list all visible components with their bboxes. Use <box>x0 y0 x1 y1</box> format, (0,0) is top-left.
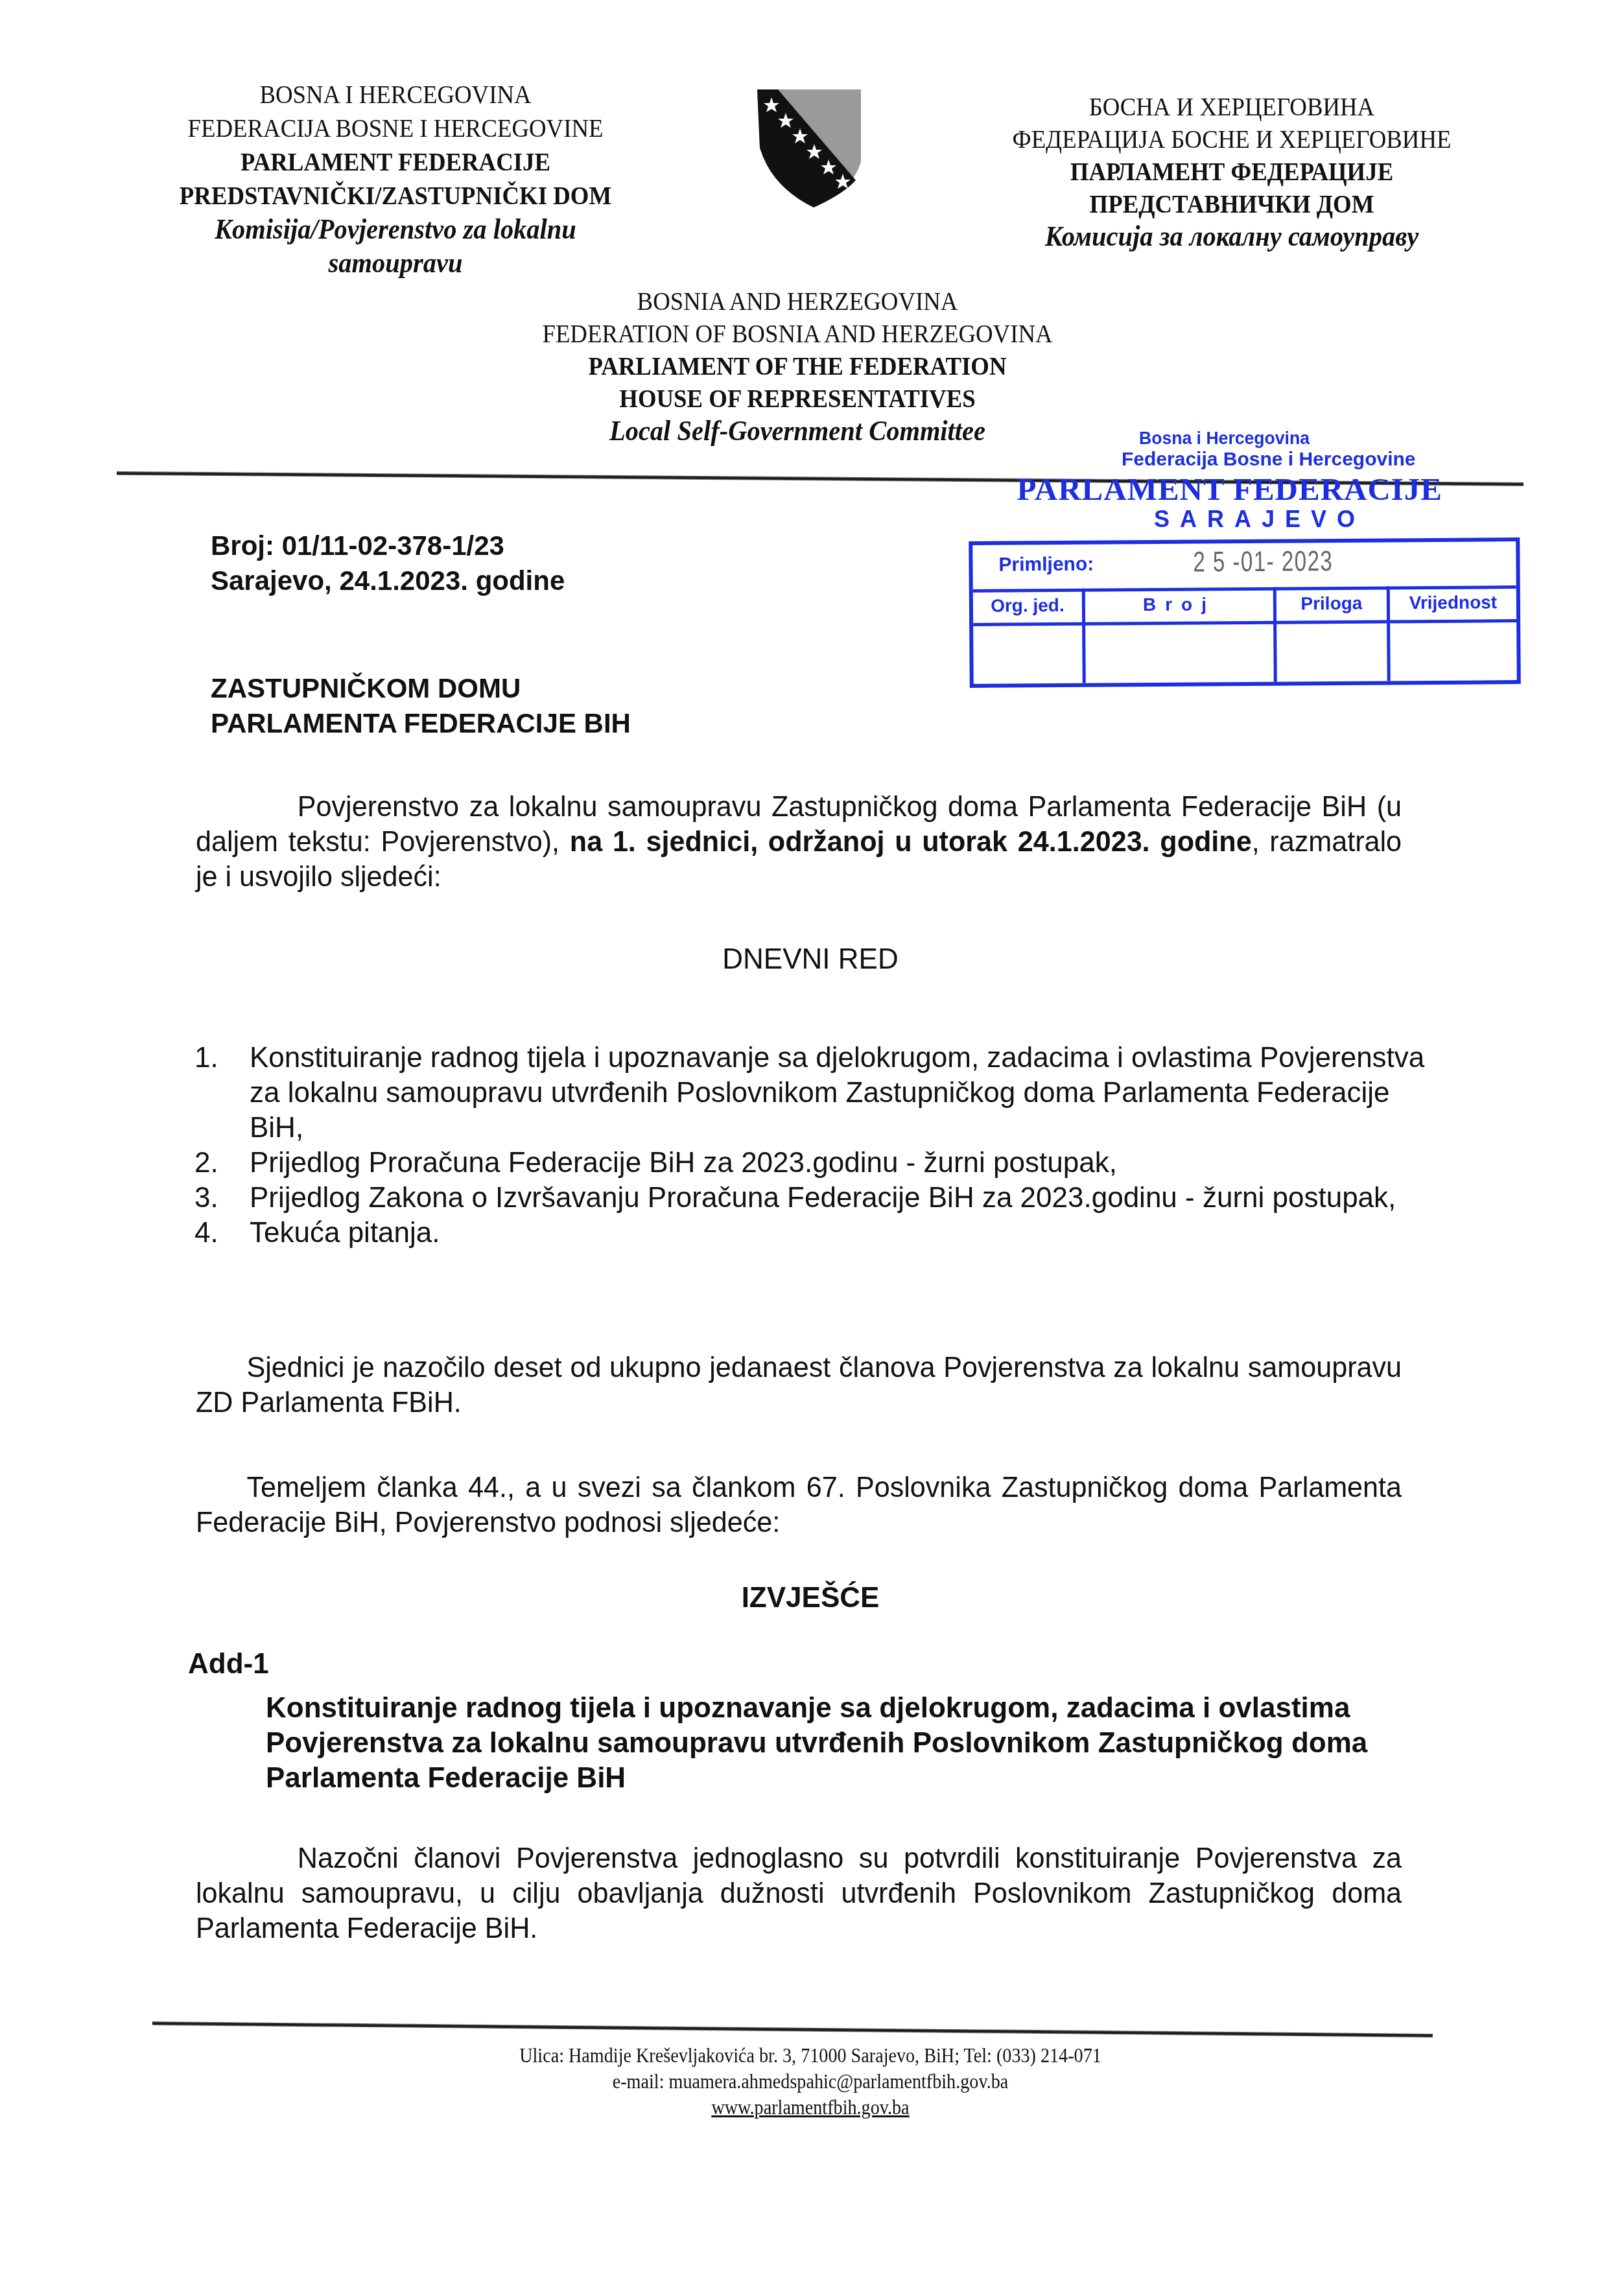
stamp-column-header: Org. jed. <box>973 589 1082 626</box>
intro-paragraph: Povjerenstvo za lokalnu samoupravu Zastu… <box>196 790 1402 895</box>
agenda-list: 1.Konstituiranje radnog tijela i upoznav… <box>194 1041 1426 1251</box>
stamp-box: Primljeno: 2 5 -01- 2023 Org. jed. Broj … <box>969 537 1521 688</box>
stamp-column: Broj <box>1085 587 1277 683</box>
stamp-column-header: Priloga <box>1277 586 1387 624</box>
footer-email[interactable]: e-mail: muamera.ahmedspahic@parlamentfbi… <box>354 2068 1267 2094</box>
stamp-received-date: 2 5 -01- 2023 <box>1193 545 1333 579</box>
letterhead-bosnian: BOSNA I HERCEGOVINA FEDERACIJA BOSNE I H… <box>169 78 622 280</box>
agenda-number: 4. <box>194 1216 218 1251</box>
stamp-column-header: Broj <box>1085 587 1273 626</box>
stamp-line: Federacija Bosne i Hercegovine <box>1122 449 1416 471</box>
footer: Ulica: Hamdije Kreševljakovića br. 3, 71… <box>354 2042 1267 2120</box>
stamp-received-label: Primljeno: <box>998 554 1094 576</box>
attendance-paragraph: Sjednici je nazočilo deset od ukupno jed… <box>196 1350 1402 1420</box>
letterhead-committee: Komisija/Povjerenstvo za lokalnu <box>169 213 622 246</box>
letterhead-line: PREDSTAVNIČKI/ZASTUPNIČKI DOM <box>169 179 622 213</box>
agenda-number: 1. <box>194 1041 218 1076</box>
stamp-column: Priloga <box>1277 586 1391 681</box>
letterhead-line: БОСНА И ХЕРЦЕГОВИНА <box>993 91 1470 123</box>
agenda-item: 2.Prijedlog Proračuna Federacije BiH za … <box>194 1146 1426 1181</box>
letterhead-committee: samoupravu <box>169 246 622 280</box>
letterhead-line: BOSNIA AND HERZEGOVINA <box>505 285 1090 318</box>
footer-website-link[interactable]: www.parlamentfbih.gov.ba <box>354 2094 1267 2120</box>
letterhead-line: PARLIAMENT OF THE FEDERATION <box>505 350 1090 383</box>
stamp-line: PARLAMENT FEDERACIJE <box>1017 472 1442 508</box>
letterhead-line: ФЕДЕРАЦИЈА БОСНЕ И ХЕРЦЕГОВИНЕ <box>993 123 1470 156</box>
document-reference: Broj: 01/11-02-378-1/23 Sarajevo, 24.1.2… <box>211 528 565 598</box>
reference-number: Broj: 01/11-02-378-1/23 <box>211 528 565 563</box>
letterhead-line: BOSNA I HERCEGOVINA <box>169 78 622 112</box>
agenda-text: Tekuća pitanja. <box>250 1217 440 1249</box>
addressee-line: PARLAMENTA FEDERACIJE BIH <box>211 706 631 741</box>
stamp-city: SARAJEVO <box>1154 506 1365 533</box>
attendance-text: Sjednici je nazočilo deset od ukupno jed… <box>196 1352 1402 1418</box>
agenda-text: Konstituiranje radnog tijela i upoznavan… <box>250 1042 1424 1144</box>
agenda-text: Prijedlog Zakona o Izvršavanju Proračuna… <box>250 1182 1396 1214</box>
agenda-item: 4.Tekuća pitanja. <box>194 1216 1426 1251</box>
stamp-line: Bosna i Hercegovina <box>1139 428 1310 449</box>
agenda-title: DNEVNI RED <box>194 943 1426 976</box>
letterhead-english: BOSNIA AND HERZEGOVINA FEDERATION OF BOS… <box>505 285 1090 447</box>
basis-paragraph: Temeljem članka 44., a u svezi sa članko… <box>196 1470 1402 1540</box>
agenda-text: Prijedlog Proračuna Federacije BiH za 20… <box>250 1147 1117 1179</box>
letterhead-committee: Комисија за локалну самоуправу <box>993 220 1470 253</box>
reference-place-date: Sarajevo, 24.1.2023. godine <box>211 563 565 598</box>
stamp-received-row: Primljeno: 2 5 -01- 2023 <box>972 541 1516 593</box>
letterhead-line: ПАРЛАМЕНТ ФЕДЕРАЦИЈЕ <box>993 156 1470 188</box>
footer-address: Ulica: Hamdije Kreševljakovića br. 3, 71… <box>354 2042 1267 2068</box>
agenda-item: 3.Prijedlog Zakona o Izvršavanju Proraču… <box>194 1181 1426 1216</box>
addressee: ZASTUPNIČKOM DOMU PARLAMENTA FEDERACIJE … <box>211 671 631 741</box>
agenda-number: 2. <box>194 1146 218 1181</box>
letterhead-line: PARLAMENT FEDERACIJE <box>169 145 622 179</box>
stamp-column: Vrijednost <box>1390 585 1517 681</box>
letterhead-line: FEDERATION OF BOSNIA AND HERZEGOVINA <box>505 318 1090 350</box>
agenda-item: 1.Konstituiranje radnog tijela i upoznav… <box>194 1041 1426 1146</box>
add1-paragraph: Nazočni članovi Povjerenstva jednoglasno… <box>196 1841 1402 1946</box>
coat-of-arms-icon <box>752 83 865 213</box>
report-title: IZVJEŠĆE <box>194 1582 1426 1614</box>
basis-text: Temeljem članka 44., a u svezi sa članko… <box>196 1472 1402 1538</box>
letterhead-line: FEDERACIJA BOSNE I HERCEGOVINE <box>169 112 622 145</box>
letterhead-line: HOUSE OF REPRESENTATIVES <box>505 383 1090 415</box>
add1-text: Nazočni članovi Povjerenstva jednoglasno… <box>196 1842 1402 1944</box>
stamp-column-header: Vrijednost <box>1390 585 1516 623</box>
addressee-line: ZASTUPNIČKOM DOMU <box>211 671 631 706</box>
footer-divider <box>152 2021 1433 2038</box>
agenda-number: 3. <box>194 1181 218 1216</box>
intro-session: na 1. sjednici, održanoj u utorak 24.1.2… <box>570 826 1252 858</box>
stamp-column: Org. jed. <box>973 589 1086 684</box>
letterhead-cyrillic: БОСНА И ХЕРЦЕГОВИНА ФЕДЕРАЦИЈА БОСНЕ И Х… <box>993 91 1470 253</box>
add1-title: Konstituiranje radnog tijela i upoznavan… <box>266 1691 1420 1796</box>
letterhead-line: ПРЕДСТАВНИЧКИ ДОМ <box>993 188 1470 220</box>
add1-label: Add-1 <box>188 1648 269 1680</box>
letterhead-committee: Local Self-Government Committee <box>505 415 1090 447</box>
